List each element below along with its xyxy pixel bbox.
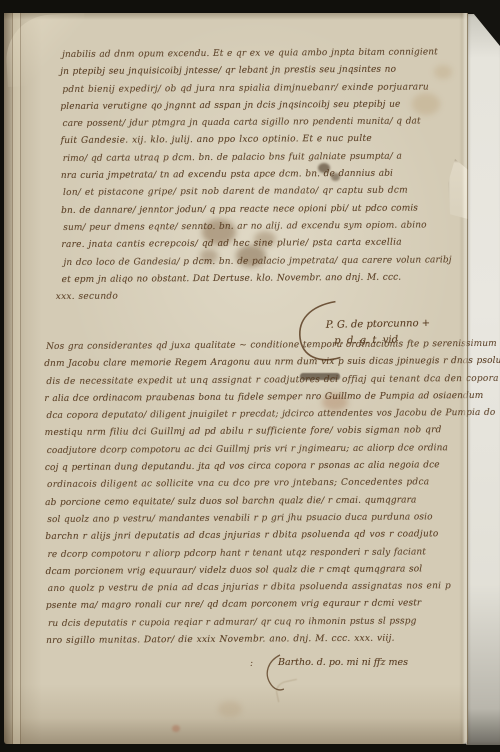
paragraph-2: Nos gra considerantes qd juxa qualitate … [44, 336, 464, 650]
foxing-stain [172, 725, 180, 732]
paragraph-1: jnabilis ad dnm opum excendu. Et e qr ex… [60, 44, 462, 306]
page-edge-sliver [13, 13, 20, 744]
manuscript-line: nro sigillo munitas. Dator/ die xxix Nov… [46, 630, 464, 650]
chancery-line: P. G. de ptorcunno + [326, 318, 430, 331]
scribe-note-text: Bartho. d. po. mi ni ffz mes [278, 657, 408, 668]
foxing-stain [218, 701, 242, 717]
manuscript-photo: jnabilis ad dnm opum excendu. Et e qr ex… [0, 0, 500, 752]
scribe-note-prefix: : [250, 659, 253, 669]
manuscript-page: jnabilis ad dnm opum excendu. Et e qr ex… [4, 13, 468, 744]
page-edge-line [20, 13, 21, 744]
scribe-note: : Bartho. d. po. mi ni ffz mes [250, 651, 440, 695]
